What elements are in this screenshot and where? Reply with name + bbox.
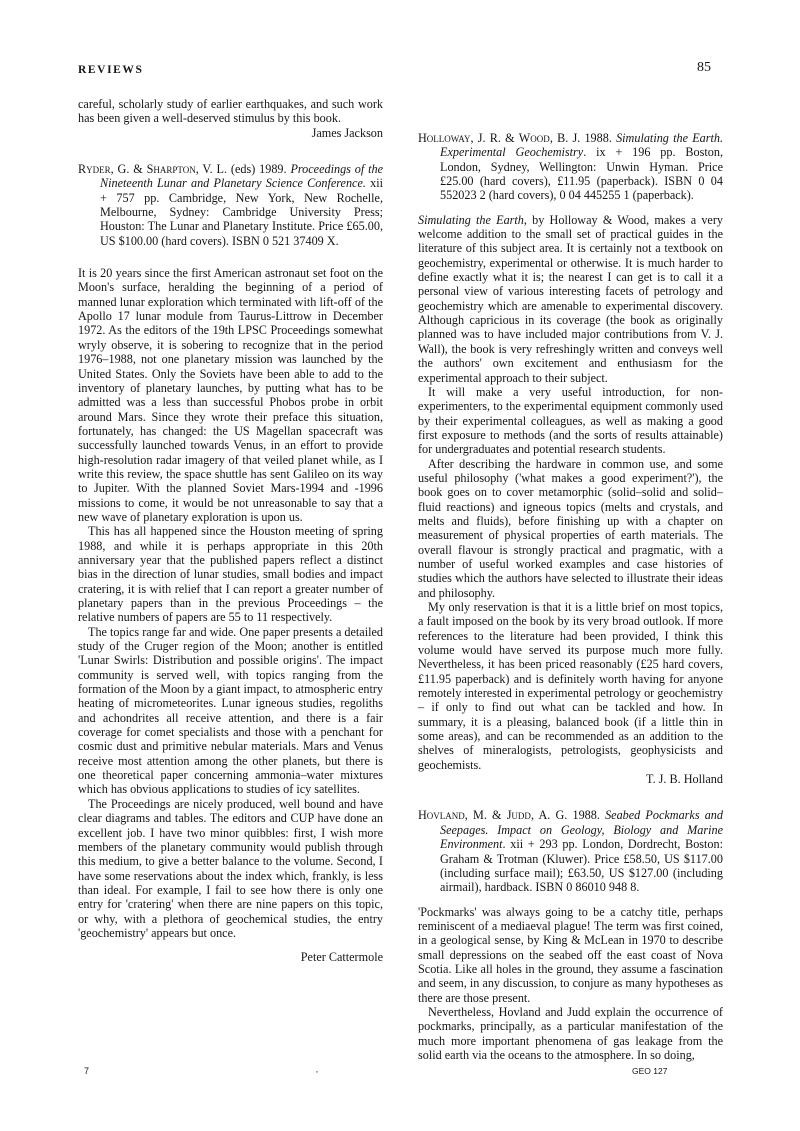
reviewer-signature: Peter Cattermole xyxy=(78,950,383,964)
author-initials: , G. & xyxy=(111,162,147,176)
review-paragraph: The topics range far and wide. One paper… xyxy=(78,625,383,797)
reviewer-signature: T. J. B. Holland xyxy=(418,772,723,786)
review-paragraph: It will make a very useful introduction,… xyxy=(418,385,723,457)
review-paragraph: The Proceedings are nicely produced, wel… xyxy=(78,797,383,940)
author-surname: Wood xyxy=(519,131,550,145)
review-paragraph: Nevertheless, Hovland and Judd explain t… xyxy=(418,1005,723,1062)
review-paragraph: After describing the hardware in common … xyxy=(418,457,723,600)
author-surname: Sharpton xyxy=(147,162,196,176)
review-paragraph: Simulating the Earth, by Holloway & Wood… xyxy=(418,213,723,385)
book-reference: Ryder, G. & Sharpton, V. L. (eds) 1989. … xyxy=(78,162,383,248)
left-column: careful, scholarly study of earlier eart… xyxy=(78,97,383,965)
printer-code: GEO 127 xyxy=(632,1066,667,1076)
right-column: Holloway, J. R. & Wood, B. J. 1988. Simu… xyxy=(418,131,723,1062)
review-paragraph: My only reservation is that it is a litt… xyxy=(418,600,723,772)
author-surname: Holloway xyxy=(418,131,470,145)
continuation-paragraph: careful, scholarly study of earlier eart… xyxy=(78,97,383,126)
author-surname: Hovland xyxy=(418,808,465,822)
author-surname: Judd xyxy=(507,808,531,822)
author-initials: , M. & xyxy=(465,808,507,822)
center-mark: , xyxy=(316,1065,318,1074)
book-title-inline: Simulating the Earth xyxy=(418,213,524,227)
book-reference: Holloway, J. R. & Wood, B. J. 1988. Simu… xyxy=(418,131,723,203)
running-head: REVIEWS xyxy=(78,64,144,76)
review-paragraph: This has all happened since the Houston … xyxy=(78,524,383,624)
author-surname: Ryder xyxy=(78,162,111,176)
page-number: 85 xyxy=(697,60,711,76)
author-initials: , A. G. 1988. xyxy=(531,808,605,822)
signature-mark: 7 xyxy=(84,1066,89,1076)
review-paragraph: 'Pockmarks' was always going to be a cat… xyxy=(418,905,723,1005)
review-paragraph: It is 20 years since the first American … xyxy=(78,266,383,524)
author-initials: , B. J. 1988. xyxy=(550,131,616,145)
reviewer-signature: James Jackson xyxy=(78,126,383,140)
paragraph-text: , by Holloway & Wood, makes a very welco… xyxy=(418,213,723,385)
book-reference: Hovland, M. & Judd, A. G. 1988. Seabed P… xyxy=(418,808,723,894)
author-initials: , V. L. (eds) 1989. xyxy=(196,162,291,176)
author-initials: , J. R. & xyxy=(470,131,518,145)
